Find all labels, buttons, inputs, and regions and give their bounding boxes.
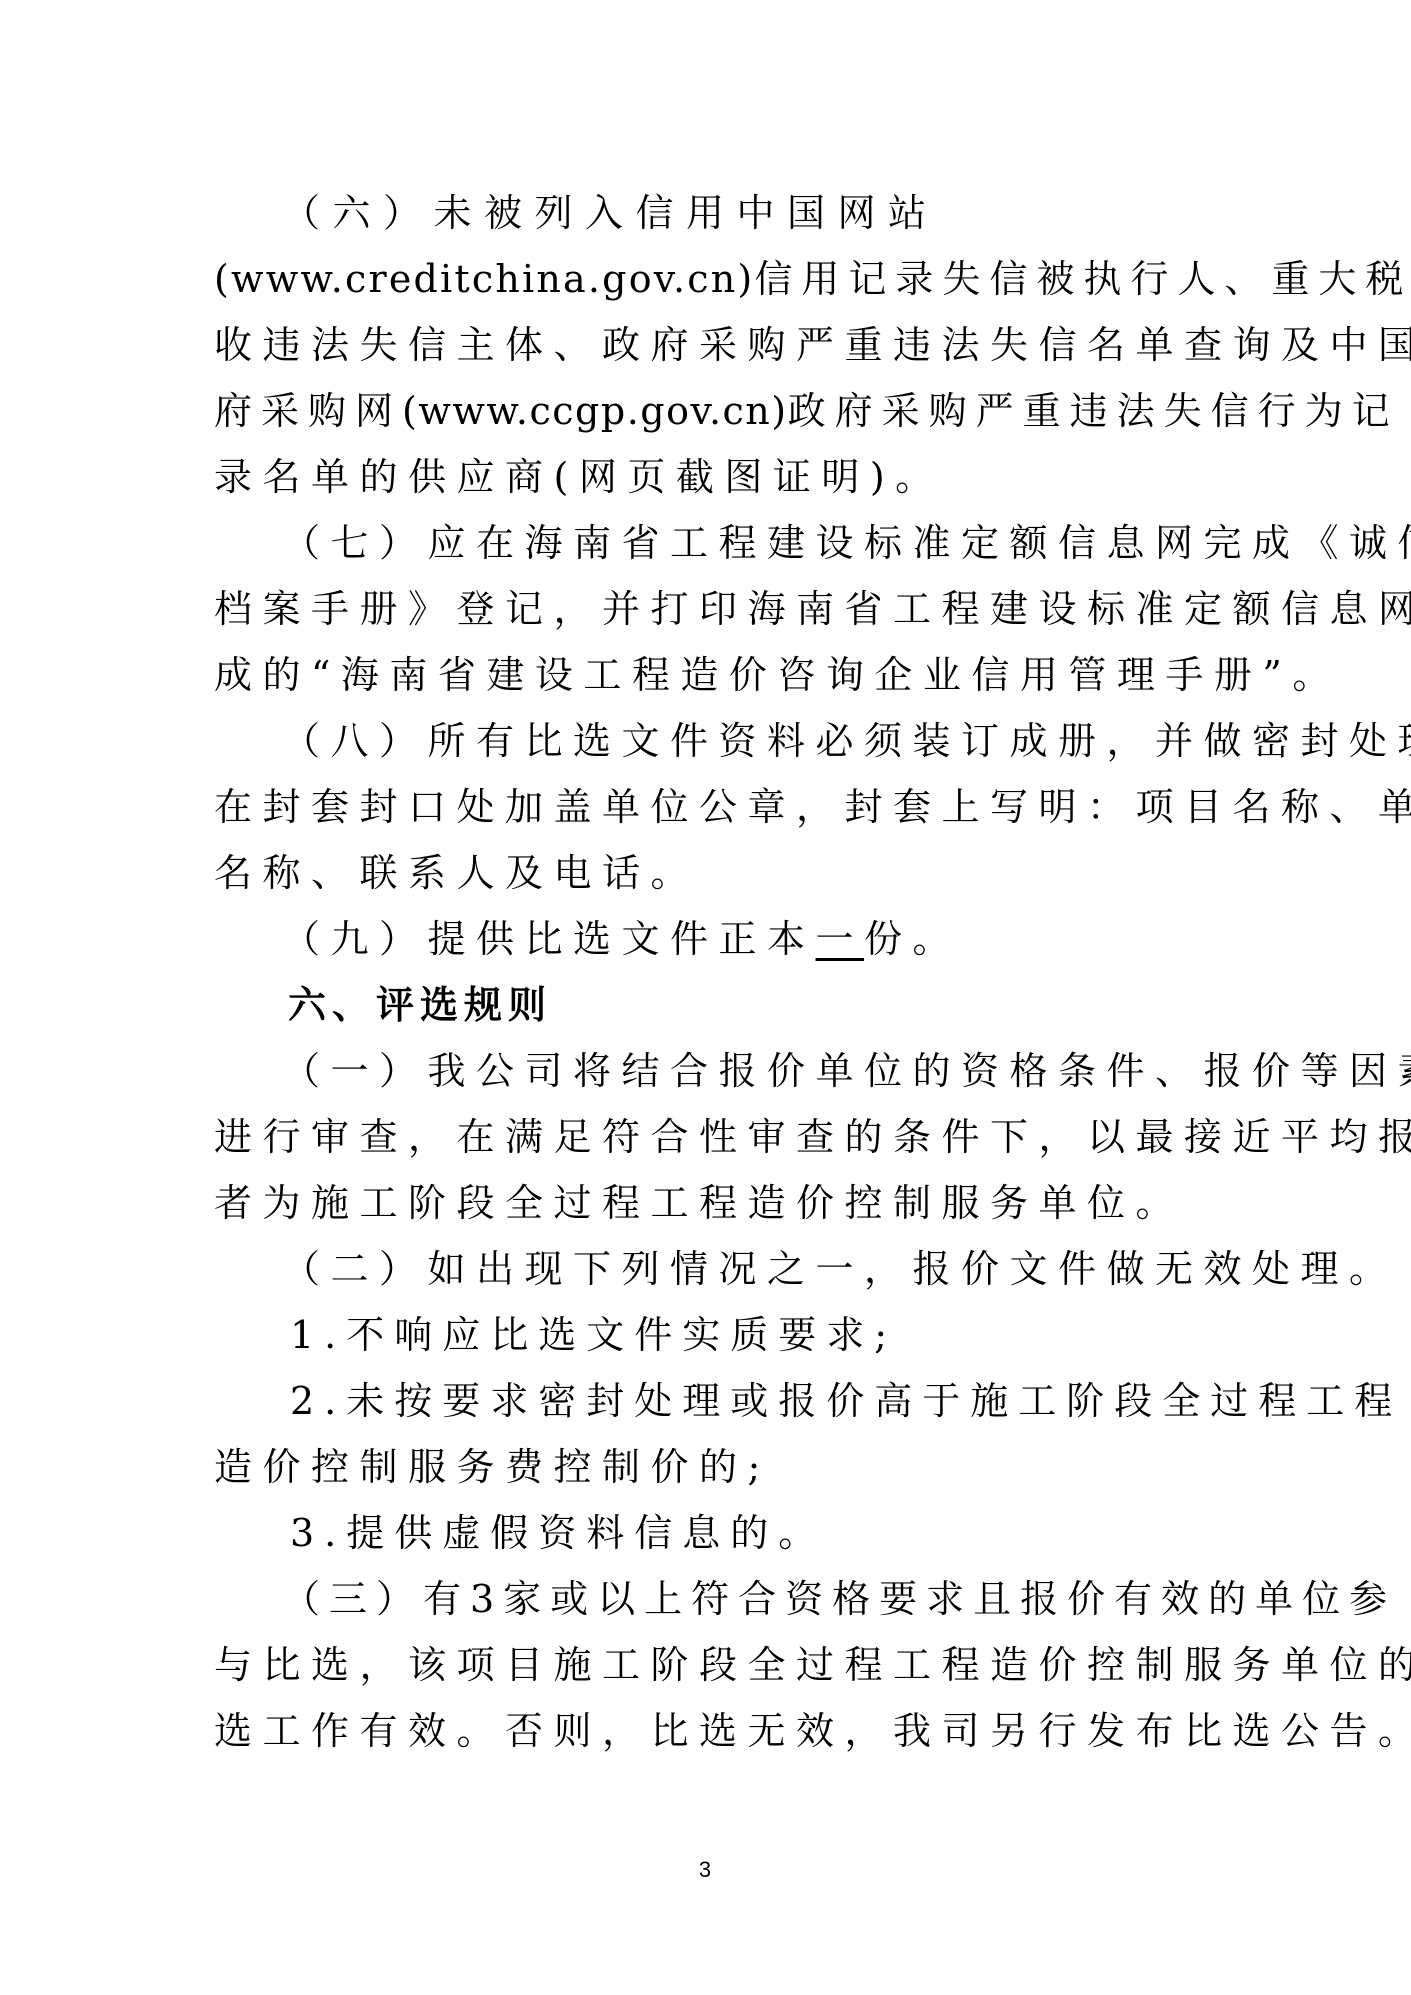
clause-6-line-4-suffix: 政府采购严重违法失信行为记	[788, 389, 1399, 433]
clause-7-line-1: （七）应在海南省工程建设标准定额信息网完成《诚信	[282, 520, 1272, 566]
rule-3-line-3: 选工作有效。否则，比选无效，我司另行发布比选公告。	[214, 1708, 1204, 1754]
rule-2-line-1: （二）如出现下列情况之一，报价文件做无效处理。	[282, 1246, 1272, 1292]
creditchina-url: (www.creditchina.gov.cn)	[214, 257, 754, 301]
clause-6-line-4-prefix: 府采购网	[214, 389, 402, 433]
clause-9-line-1: （九）提供比选文件正本一份。	[282, 916, 1272, 962]
document-page: （六）未被列入信用中国网站 (www.creditchina.gov.cn)信用…	[0, 0, 1411, 1995]
clause-8-line-1: （八）所有比选文件资料必须装订成册，并做密封处理	[282, 718, 1272, 764]
clause-6-line-5: 录名单的供应商(网页截图证明)。	[214, 454, 1204, 500]
ccgp-url: (www.ccgp.gov.cn)	[402, 389, 788, 433]
rule-1-line-1: （一）我公司将结合报价单位的资格条件、报价等因素	[282, 1048, 1272, 1094]
clause-7-line-3: 成的“海南省建设工程造价咨询企业信用管理手册”。	[214, 652, 1204, 698]
page-number: 3	[690, 1857, 720, 1883]
copy-count: 一	[816, 917, 865, 961]
rule-1-line-2: 进行审查，在满足符合性审查的条件下，以最接近平均报价	[214, 1114, 1204, 1160]
clause-9-text: （九）提供比选文件正本	[282, 917, 816, 961]
clause-6-line-4: 府采购网(www.ccgp.gov.cn)政府采购严重违法失信行为记	[214, 388, 1204, 434]
clause-6-line-2: (www.creditchina.gov.cn)信用记录失信被执行人、重大税	[214, 256, 1204, 302]
clause-8-line-3: 名称、联系人及电话。	[214, 850, 1204, 896]
rule-2-item-2-line-1: 2.未按要求密封处理或报价高于施工阶段全过程工程	[290, 1378, 1280, 1424]
clause-7-line-2: 档案手册》登记，并打印海南省工程建设标准定额信息网生	[214, 586, 1204, 632]
clause-9-end: 份。	[864, 917, 961, 961]
rule-2-item-1: 1.不响应比选文件实质要求;	[290, 1312, 1280, 1358]
rule-3-line-2: 与比选，该项目施工阶段全过程工程造价控制服务单位的比	[214, 1642, 1204, 1688]
rule-1-line-3: 者为施工阶段全过程工程造价控制服务单位。	[214, 1180, 1204, 1226]
rule-2-item-3: 3.提供虚假资料信息的。	[290, 1510, 1280, 1556]
clause-6-line-3: 收违法失信主体、政府采购严重违法失信名单查询及中国政	[214, 322, 1204, 368]
rule-3-line-1: （三）有3家或以上符合资格要求且报价有效的单位参	[282, 1576, 1272, 1622]
clause-8-line-2: 在封套封口处加盖单位公章，封套上写明：项目名称、单位	[214, 784, 1204, 830]
clause-6-line-2-text: 信用记录失信被执行人、重大税	[754, 257, 1411, 301]
clause-6-line-1: （六）未被列入信用中国网站	[282, 190, 1272, 236]
section-heading-evaluation-rules: 六、评选规则	[288, 982, 1278, 1028]
rule-2-item-2-line-2: 造价控制服务费控制价的;	[214, 1444, 1204, 1490]
